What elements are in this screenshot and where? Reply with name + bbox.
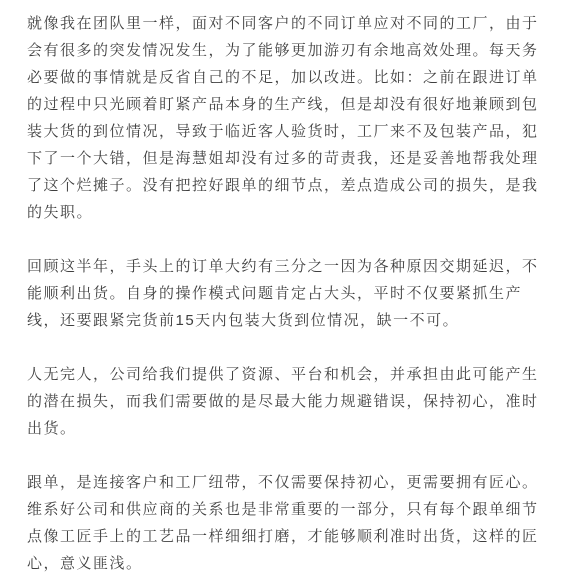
document-page: 就像我在团队里一样，面对不同客户的不同订单应对不同的工厂，由于会有很多的突发情况… <box>0 0 569 586</box>
paragraph-3: 人无完人，公司给我们提供了资源、平台和机会，并承担由此可能产生的潜在损失，而我们… <box>27 361 544 442</box>
paragraph-2: 回顾这半年，手头上的订单大约有三分之一因为各种原因交期延迟，不能顺利出货。自身的… <box>27 253 544 334</box>
paragraph-1: 就像我在团队里一样，面对不同客户的不同订单应对不同的工厂，由于会有很多的突发情况… <box>27 10 544 226</box>
paragraph-4: 跟单，是连接客户和工厂纽带，不仅需要保持初心，更需要拥有匠心。维系好公司和供应商… <box>27 469 544 577</box>
